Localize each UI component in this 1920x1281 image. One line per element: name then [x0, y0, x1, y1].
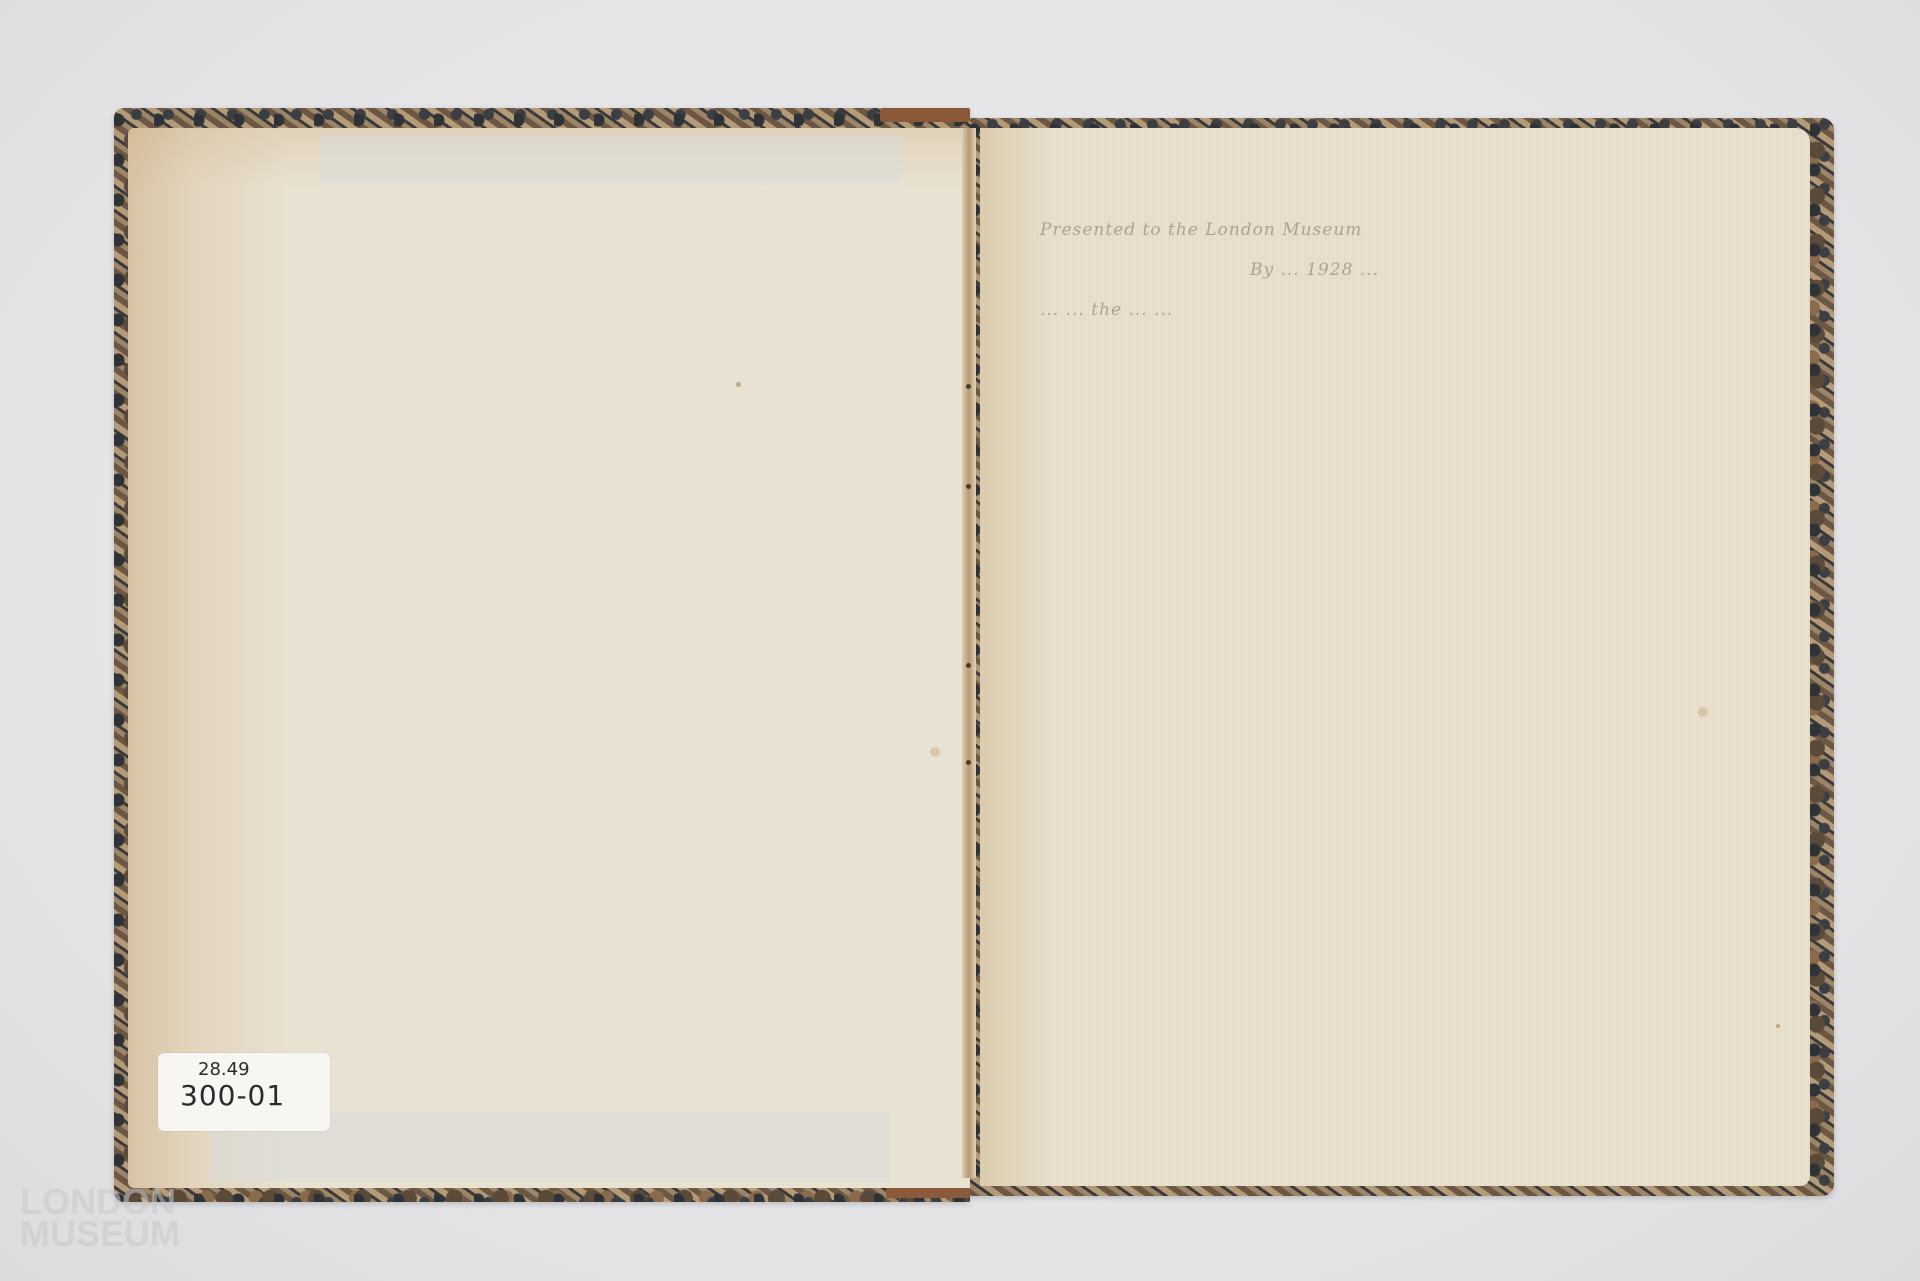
- accession-number-label: 28.49 300-01: [158, 1053, 330, 1131]
- inscription-line-2: By ... 1928 ...: [1040, 250, 1420, 290]
- binding-stitch: [966, 663, 971, 668]
- book-gutter: [962, 128, 976, 1178]
- foxing-spot: [736, 382, 741, 387]
- accession-top-number: 28.49: [198, 1059, 250, 1080]
- accession-main-number: 300-01: [180, 1079, 285, 1112]
- london-museum-watermark: LONDON MUSEUM: [20, 1186, 180, 1250]
- pencil-inscription: Presented to the London Museum By ... 19…: [1040, 210, 1420, 330]
- watermark-line-2: MUSEUM: [20, 1218, 180, 1250]
- spine-top-edge: [880, 108, 970, 122]
- foxing-spot: [1698, 707, 1708, 717]
- inscription-line-3: ... ... the ... ...: [1040, 290, 1420, 330]
- foxing-spot: [930, 747, 940, 757]
- binding-stitch: [966, 384, 971, 389]
- binding-stitch: [966, 484, 971, 489]
- foxing-spot: [1776, 1024, 1780, 1028]
- inscription-line-1: Presented to the London Museum: [1040, 210, 1420, 250]
- tape-residue-top: [320, 135, 900, 185]
- binding-stitch: [966, 760, 971, 765]
- left-page: [128, 128, 970, 1188]
